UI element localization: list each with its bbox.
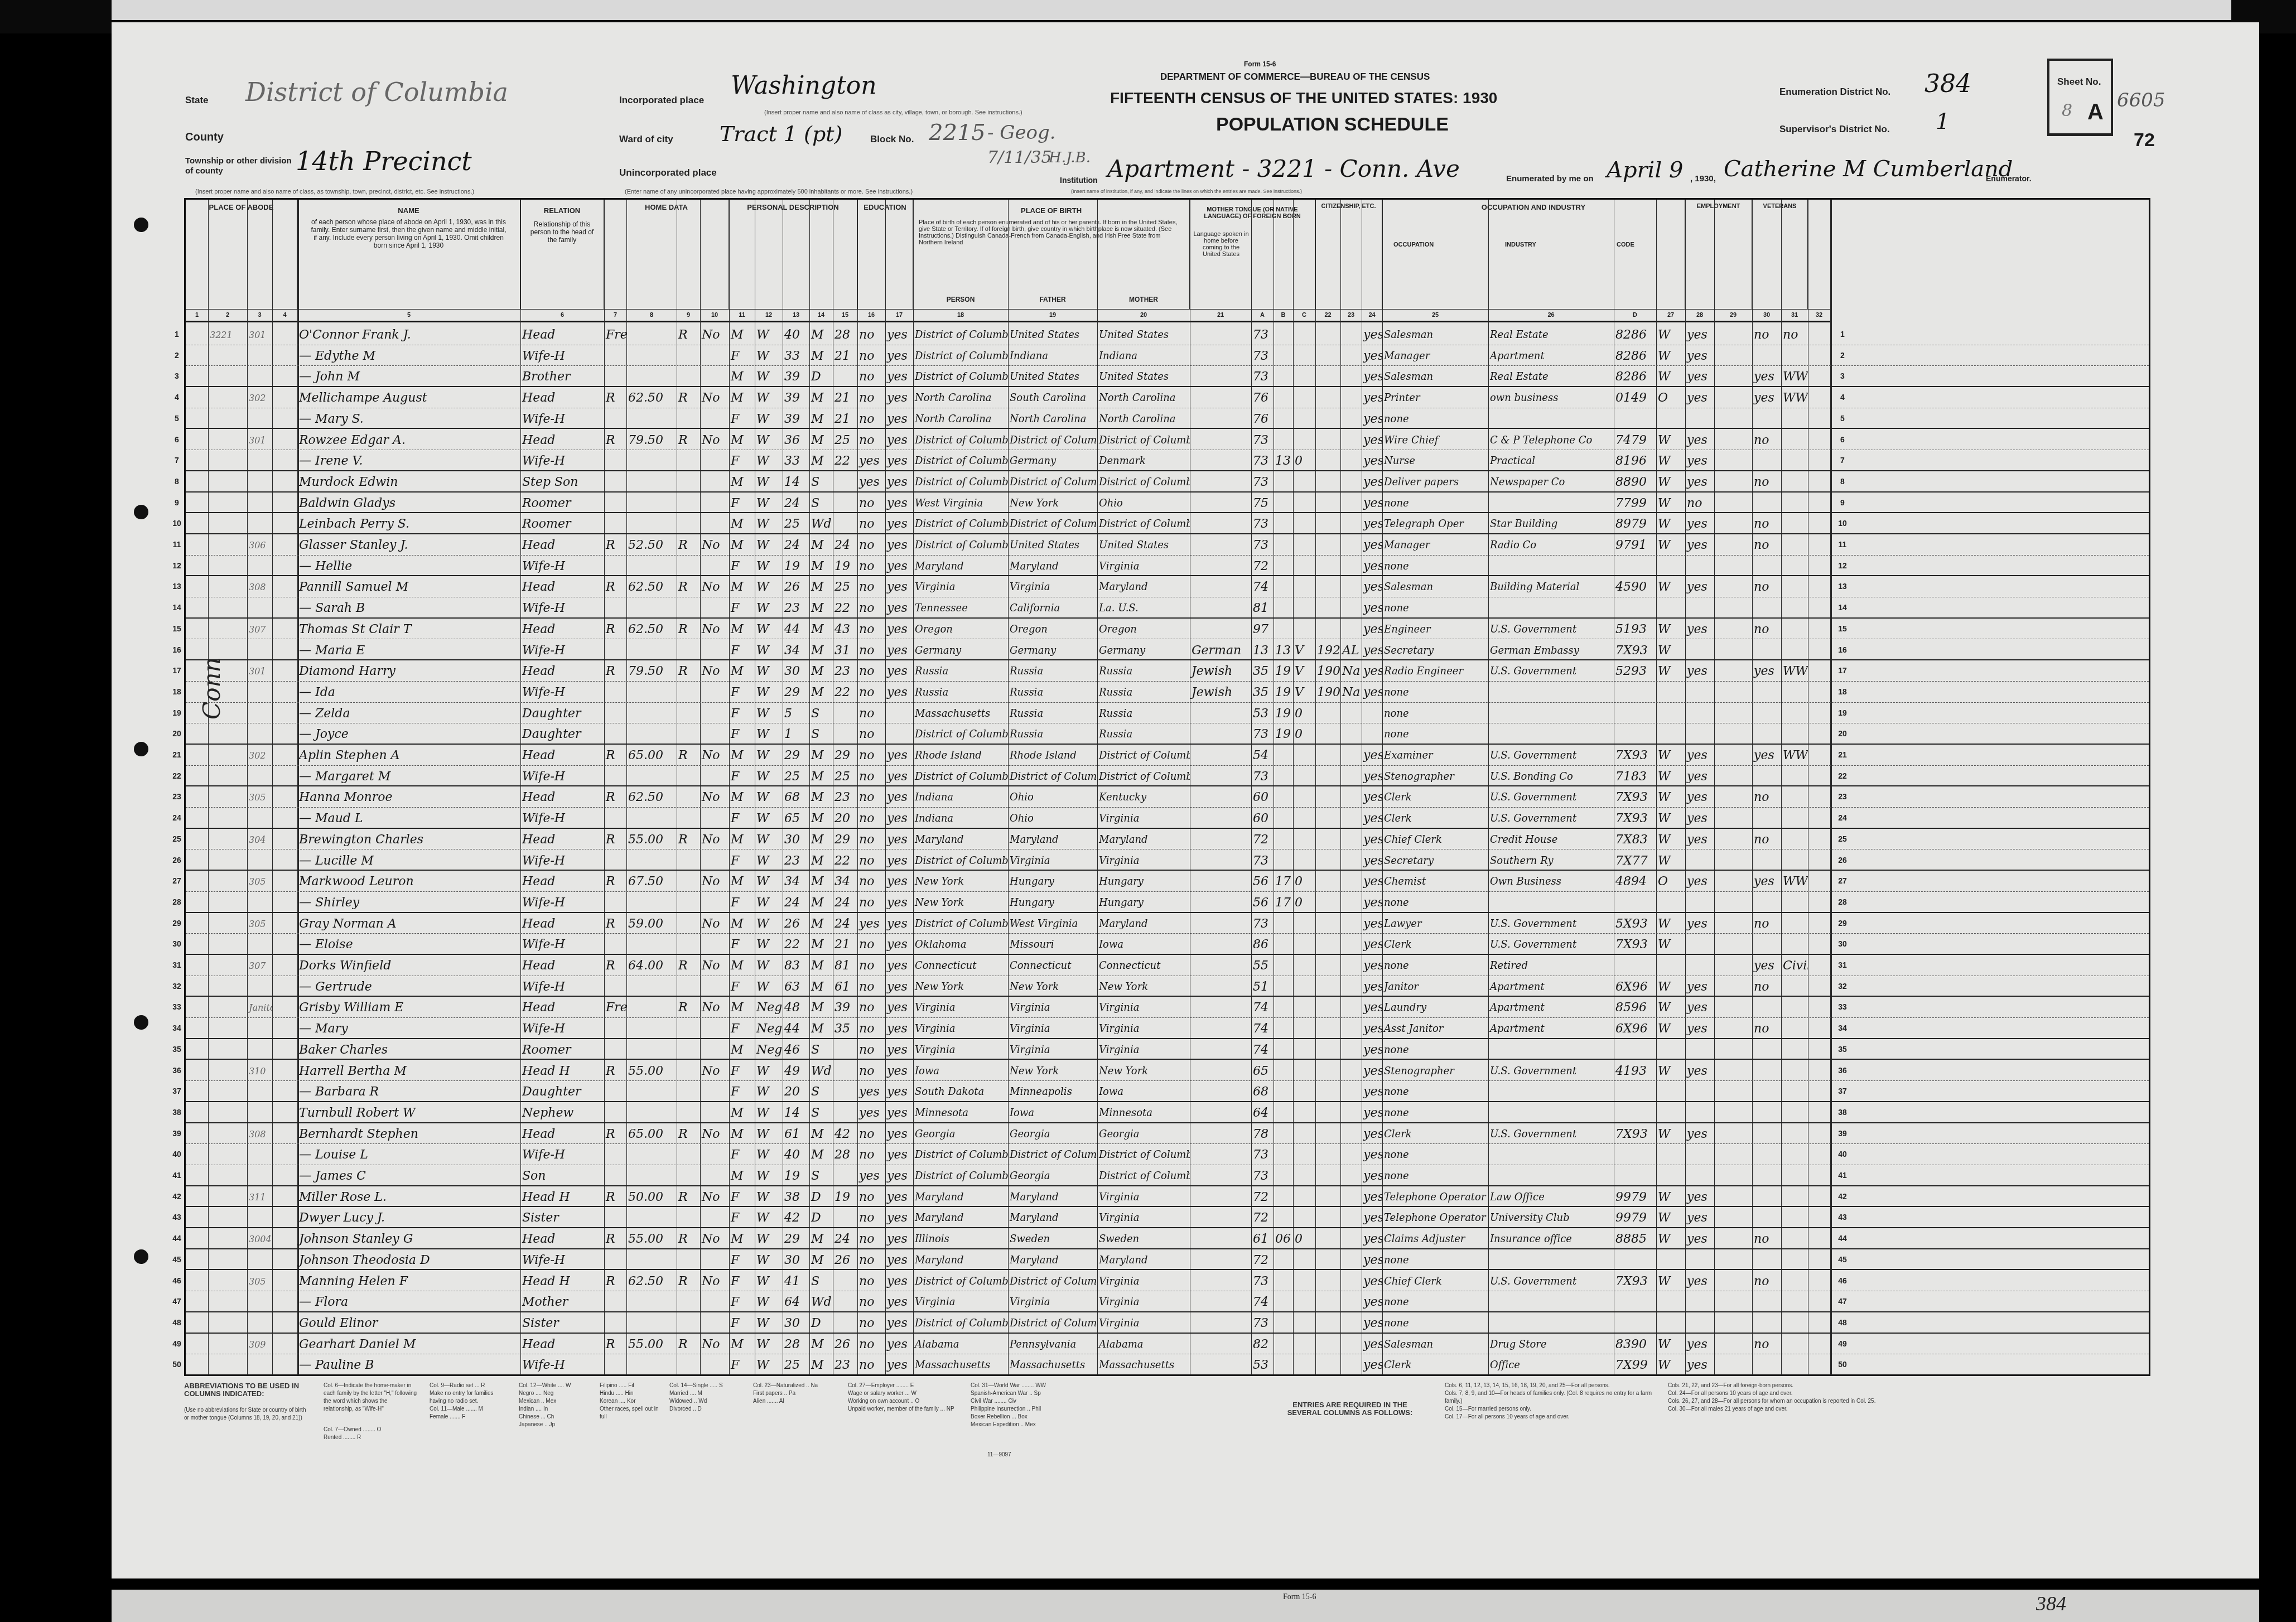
cell-occupation: none <box>1382 892 1488 912</box>
cell-race: W <box>755 597 783 617</box>
cell-family <box>272 597 297 617</box>
cell-family <box>272 366 297 386</box>
cell-school: no <box>857 786 885 807</box>
cell-family <box>272 408 297 428</box>
cell-dwelling <box>247 766 272 786</box>
cell-code-b <box>1274 1165 1293 1185</box>
cell-value <box>626 1249 677 1269</box>
cell-occ-code: 8196 <box>1614 450 1656 470</box>
cell-farm: No <box>700 429 729 450</box>
line-number: 44 <box>169 1228 185 1248</box>
cell-code-b <box>1274 1249 1293 1269</box>
cell-english: yes <box>1362 829 1382 849</box>
cell-bp-mother: Massachusetts <box>1097 1354 1190 1374</box>
cell-industry: U.S. Bonding Co <box>1488 766 1614 786</box>
cell-code-c <box>1293 1081 1315 1101</box>
cell-farm-sched <box>1808 1018 1830 1038</box>
cell-tenure: R <box>604 1271 626 1291</box>
cell-bp-mother: Maryland <box>1097 1249 1190 1269</box>
cell-marital: M <box>809 324 833 345</box>
cell-industry: Apartment <box>1488 1018 1614 1038</box>
cell-occ-code: 9979 <box>1614 1207 1656 1227</box>
cell-english: yes <box>1362 450 1382 470</box>
cell-occ-code <box>1614 682 1656 702</box>
table-row: 307Thomas St Clair THeadR62.50RNoMW44M43… <box>186 619 2149 640</box>
cell-read: yes <box>885 640 913 660</box>
cell-lang <box>1190 619 1251 639</box>
cell-bp: Rhode Island <box>913 745 1008 765</box>
cell-lang <box>1190 450 1251 470</box>
cell-bp-father: Ohio <box>1008 786 1097 807</box>
cell-house <box>208 829 247 849</box>
cell-industry: own business <box>1488 387 1614 408</box>
cell-code-b <box>1274 1354 1293 1374</box>
cell-english: yes <box>1362 345 1382 366</box>
cell-industry: U.S. Government <box>1488 619 1614 639</box>
line-number-right: 14 <box>1831 597 1854 617</box>
cell-industry: Real Estate <box>1488 366 1614 386</box>
cell-code-a: 74 <box>1251 1291 1274 1311</box>
cell-race: W <box>755 1081 783 1101</box>
cell-bp-father: District of Columbia <box>1008 1271 1097 1291</box>
cell-age: 65 <box>783 808 809 828</box>
cell-farm-sched <box>1808 1271 1830 1291</box>
cell-house <box>208 766 247 786</box>
cell-nat <box>1340 871 1362 891</box>
cell-marital: M <box>809 934 833 954</box>
line-number-right: 27 <box>1831 871 1854 891</box>
cell-work: yes <box>1685 471 1714 491</box>
table-row: Baker CharlesRoomerMNeg46SnoyesVirginiaV… <box>186 1039 2149 1060</box>
cell-industry: Retired <box>1488 955 1614 976</box>
cell-code-b <box>1274 934 1293 954</box>
state-label: State <box>185 95 209 106</box>
cell-radio <box>677 1144 700 1165</box>
cell-code-c <box>1293 913 1315 934</box>
cell-vet: no <box>1752 913 1781 934</box>
cell-relation: Head H <box>520 1060 604 1081</box>
cell-industry <box>1488 1312 1614 1333</box>
line-number: 13 <box>169 576 185 597</box>
code-subheading: CODE <box>1617 242 1634 248</box>
cell-tenure: R <box>604 955 626 976</box>
table-row: — Edythe MWife-HFW33M21noyesDistrict of … <box>186 345 2149 366</box>
cell-code-a: 76 <box>1251 387 1274 408</box>
cell-sex: F <box>729 1271 755 1291</box>
cell-bp: Iowa <box>913 1060 1008 1081</box>
cell-lang <box>1190 387 1251 408</box>
cell-farm <box>700 1354 729 1374</box>
cell-house <box>208 493 247 513</box>
cell-relation: Daughter <box>520 1081 604 1101</box>
cell-marital: M <box>809 913 833 934</box>
cell-street <box>186 1291 208 1311</box>
cell-immig <box>1315 1354 1340 1374</box>
cell-value <box>626 1312 677 1333</box>
cell-relation: Daughter <box>520 703 604 723</box>
cell-work <box>1685 1165 1714 1185</box>
cell-nat <box>1340 345 1362 366</box>
cell-house <box>208 745 247 765</box>
cell-work <box>1685 1312 1714 1333</box>
cell-race: W <box>755 1354 783 1374</box>
cell-tenure <box>604 808 626 828</box>
cell-nat <box>1340 1354 1362 1374</box>
cell-value <box>626 513 677 533</box>
cell-street <box>186 871 208 891</box>
cell-war <box>1781 640 1808 660</box>
cell-read: yes <box>885 1102 913 1122</box>
cell-read: yes <box>885 766 913 786</box>
col-group-occupation: OCCUPATION AND INDUSTRY OCCUPATION INDUS… <box>1382 200 1685 309</box>
cell-dwelling <box>247 934 272 954</box>
township-note: (Insert proper name and also name of cla… <box>195 189 474 195</box>
cell-occupation: none <box>1382 1081 1488 1101</box>
cell-bp-father: Connecticut <box>1008 955 1097 976</box>
cell-relation: Head <box>520 871 604 891</box>
cell-code-c: 0 <box>1293 723 1315 744</box>
cell-farm <box>700 976 729 996</box>
cell-occ-code: 8390 <box>1614 1334 1656 1354</box>
cell-bp: Georgia <box>913 1123 1008 1144</box>
line-number-right: 34 <box>1831 1018 1854 1038</box>
cell-value <box>626 1039 677 1059</box>
cell-vet: no <box>1752 1271 1781 1291</box>
cell-sex: M <box>729 1334 755 1354</box>
cell-lang <box>1190 955 1251 976</box>
cell-class: W <box>1656 808 1685 828</box>
cell-value: 65.00 <box>626 745 677 765</box>
cell-age-marr: 26 <box>833 1249 857 1269</box>
line-number: 25 <box>169 829 185 849</box>
cell-code-a: 78 <box>1251 1123 1274 1144</box>
cell-read <box>885 703 913 723</box>
cell-school: no <box>857 1271 885 1291</box>
cell-work: yes <box>1685 1018 1714 1038</box>
cell-code-c <box>1293 1018 1315 1038</box>
cell-relation: Head <box>520 660 604 681</box>
line-number-right: 23 <box>1831 786 1854 807</box>
cell-school: no <box>857 493 885 513</box>
cell-house <box>208 1018 247 1038</box>
cell-farm-sched <box>1808 976 1830 996</box>
cell-age-marr: 29 <box>833 829 857 849</box>
cell-nat <box>1340 1207 1362 1227</box>
cell-tenure <box>604 1102 626 1122</box>
cell-occupation: Printer <box>1382 387 1488 408</box>
cell-farm-sched <box>1808 345 1830 366</box>
cell-lang <box>1190 1018 1251 1038</box>
entries-a: Cols. 6, 11, 12, 13, 14, 15, 16, 18, 19,… <box>1445 1382 1657 1421</box>
cell-lang <box>1190 493 1251 513</box>
cell-code-b <box>1274 766 1293 786</box>
table-row: — MaryWife-HFNeg44M35noyesVirginiaVirgin… <box>186 1018 2149 1039</box>
cell-lang <box>1190 1249 1251 1269</box>
cell-unemp <box>1714 1060 1752 1081</box>
line-number: 39 <box>169 1123 185 1144</box>
line-number-right: 47 <box>1831 1291 1854 1311</box>
cell-family <box>272 556 297 576</box>
cell-marital: M <box>809 408 833 428</box>
sheet-number-box: Sheet No. 8 A <box>2047 59 2113 136</box>
cell-occupation: Telephone Operator <box>1382 1207 1488 1227</box>
cell-code-b: 17 <box>1274 892 1293 912</box>
cell-code-a: 35 <box>1251 660 1274 681</box>
cell-occupation: none <box>1382 1039 1488 1059</box>
column-number: 27 <box>1656 312 1685 318</box>
block-value: 2215 <box>929 120 986 146</box>
column-number: 7 <box>604 312 626 318</box>
line-number-right: 13 <box>1831 576 1854 597</box>
cell-value <box>626 1207 677 1227</box>
cell-unemp <box>1714 1018 1752 1038</box>
cell-value: 62.50 <box>626 1271 677 1291</box>
cell-name: Gearhart Daniel M <box>297 1334 520 1354</box>
cell-occupation: Stenographer <box>1382 766 1488 786</box>
cell-street <box>186 513 208 533</box>
cell-lang <box>1190 324 1251 345</box>
cell-bp: District of Columbia <box>913 429 1008 450</box>
cell-nat <box>1340 703 1362 723</box>
cell-code-a: 86 <box>1251 934 1274 954</box>
cell-street <box>186 1186 208 1206</box>
cell-code-a: 73 <box>1251 1144 1274 1165</box>
county-label: County <box>185 131 224 144</box>
cell-age-marr: 24 <box>833 892 857 912</box>
cell-farm-sched <box>1808 1144 1830 1165</box>
cell-code-a: 74 <box>1251 1018 1274 1038</box>
cell-code-b <box>1274 1207 1293 1227</box>
cell-code-c <box>1293 1144 1315 1165</box>
cell-occupation: Wire Chief <box>1382 429 1488 450</box>
col12-note: Col. 12—White .... W Negro .... Neg Mexi… <box>519 1382 591 1429</box>
cell-immig <box>1315 534 1340 555</box>
cell-relation: Head H <box>520 1186 604 1206</box>
township-label: Township or other division of county <box>185 156 297 176</box>
cell-school: no <box>857 1249 885 1269</box>
cell-code-a: 72 <box>1251 556 1274 576</box>
cell-english: yes <box>1362 556 1382 576</box>
cell-relation: Roomer <box>520 493 604 513</box>
cell-name: Dorks Winfield <box>297 955 520 976</box>
cell-bp-father: Pennsylvania <box>1008 1334 1097 1354</box>
cell-marital: M <box>809 808 833 828</box>
cell-unemp <box>1714 597 1752 617</box>
cell-tenure: R <box>604 534 626 555</box>
cell-value <box>626 493 677 513</box>
cell-occ-code <box>1614 1144 1656 1165</box>
line-number: 42 <box>169 1186 185 1206</box>
relation-heading: RELATION <box>526 203 598 215</box>
cell-bp: Alabama <box>913 1334 1008 1354</box>
cell-dwelling: 305 <box>247 786 272 807</box>
cell-age: 28 <box>783 1334 809 1354</box>
cell-nat <box>1340 723 1362 744</box>
cell-radio <box>677 1018 700 1038</box>
cell-age: 19 <box>783 556 809 576</box>
township-value: 14th Precinct <box>296 146 472 176</box>
line-number-right: 31 <box>1831 955 1854 976</box>
cell-work: yes <box>1685 660 1714 681</box>
line-number: 26 <box>169 850 185 870</box>
ward-value: Tract 1 (pt) <box>720 122 842 146</box>
cell-relation: Head <box>520 576 604 597</box>
cell-code-c <box>1293 471 1315 491</box>
cell-nat <box>1340 1165 1362 1185</box>
cell-age: 23 <box>783 850 809 870</box>
cell-bp-father: Virginia <box>1008 1018 1097 1038</box>
cell-english <box>1362 703 1382 723</box>
margin-number: 6605 <box>2117 89 2165 112</box>
cell-relation: Wife-H <box>520 1144 604 1165</box>
cell-unemp <box>1714 1102 1752 1122</box>
cell-occupation: none <box>1382 1249 1488 1269</box>
cell-english: yes <box>1362 1354 1382 1374</box>
cell-farm-sched <box>1808 1060 1830 1081</box>
col-farm-schedule <box>1808 200 1830 309</box>
cell-work: yes <box>1685 1354 1714 1374</box>
table-row: 305Hanna MonroeHeadR62.50NoMW68M23noyesI… <box>186 786 2149 808</box>
cell-street <box>186 450 208 470</box>
line-number-right: 15 <box>1831 619 1854 639</box>
cell-age: 20 <box>783 1081 809 1101</box>
cell-war: WW <box>1781 660 1808 681</box>
cell-nat <box>1340 556 1362 576</box>
cell-value: 62.50 <box>626 786 677 807</box>
cell-name: Johnson Theodosia D <box>297 1249 520 1269</box>
cell-school: no <box>857 640 885 660</box>
cell-immig <box>1315 703 1340 723</box>
cell-house <box>208 1165 247 1185</box>
cell-english: yes <box>1362 1207 1382 1227</box>
abode-heading: PLACE OF ABODE <box>186 200 297 211</box>
cell-farm-sched <box>1808 556 1830 576</box>
cell-age: 48 <box>783 997 809 1017</box>
cell-radio <box>677 450 700 470</box>
cell-vet: no <box>1752 429 1781 450</box>
cell-english: yes <box>1362 1228 1382 1248</box>
line-number-right: 2 <box>1831 345 1854 366</box>
cell-read: yes <box>885 682 913 702</box>
cell-farm <box>700 682 729 702</box>
cell-radio <box>677 723 700 744</box>
cell-name: — Sarah B <box>297 597 520 617</box>
col31-note: Col. 31—World War ........ WW Spanish-Am… <box>971 1382 1082 1429</box>
cell-code-c <box>1293 1312 1315 1333</box>
cell-farm-sched <box>1808 450 1830 470</box>
column-number: 21 <box>1190 312 1251 318</box>
cell-occupation: none <box>1382 408 1488 428</box>
cell-work <box>1685 850 1714 870</box>
line-number: 21 <box>169 745 185 765</box>
cell-family <box>272 1102 297 1122</box>
cell-radio <box>677 597 700 617</box>
cell-dwelling: 308 <box>247 576 272 597</box>
cell-bp-mother: North Carolina <box>1097 387 1190 408</box>
column-number: 22 <box>1315 312 1340 318</box>
cell-read: yes <box>885 913 913 934</box>
line-number-right: 33 <box>1831 997 1854 1017</box>
cell-vet <box>1752 1291 1781 1311</box>
cell-class: W <box>1656 1186 1685 1206</box>
cell-code-a: 76 <box>1251 408 1274 428</box>
cell-tenure <box>604 976 626 996</box>
cell-code-b <box>1274 1271 1293 1291</box>
cell-nat <box>1340 450 1362 470</box>
cell-bp-mother: Ohio <box>1097 493 1190 513</box>
cell-code-c <box>1293 1354 1315 1374</box>
cell-bp-father: United States <box>1008 324 1097 345</box>
cell-class <box>1656 1039 1685 1059</box>
cell-industry <box>1488 1144 1614 1165</box>
cell-industry <box>1488 1081 1614 1101</box>
cell-name: Baker Charles <box>297 1039 520 1059</box>
cell-race: W <box>755 1334 783 1354</box>
cell-dwelling: 307 <box>247 955 272 976</box>
cell-industry <box>1488 1102 1614 1122</box>
institution-value: Apartment - 3221 - Conn. Ave <box>1107 155 1460 182</box>
cell-race: W <box>755 513 783 533</box>
cell-name: — Shirley <box>297 892 520 912</box>
table-row: Johnson Theodosia DWife-HFW30M26noyesMar… <box>186 1249 2149 1271</box>
cell-value: 79.50 <box>626 660 677 681</box>
cell-dwelling <box>247 892 272 912</box>
line-number: 6 <box>169 429 185 450</box>
cell-value <box>626 1144 677 1165</box>
cell-industry <box>1488 682 1614 702</box>
cell-race: W <box>755 1102 783 1122</box>
line-number-right: 19 <box>1831 703 1854 723</box>
cell-occ-code: 5193 <box>1614 619 1656 639</box>
cell-tenure: R <box>604 1334 626 1354</box>
cell-sex: M <box>729 745 755 765</box>
cell-age: 25 <box>783 766 809 786</box>
cell-code-a: 56 <box>1251 892 1274 912</box>
cell-tenure: R <box>604 660 626 681</box>
cell-unemp <box>1714 1271 1752 1291</box>
cell-occupation: Radio Engineer <box>1382 660 1488 681</box>
cell-name: Gould Elinor <box>297 1312 520 1333</box>
cell-marital: D <box>809 1207 833 1227</box>
cell-war <box>1781 429 1808 450</box>
cell-code-a: 60 <box>1251 786 1274 807</box>
cell-race: Neg <box>755 997 783 1017</box>
line-number-right: 8 <box>1831 471 1854 491</box>
cell-vet <box>1752 450 1781 470</box>
cell-code-a: 72 <box>1251 1186 1274 1206</box>
cell-race: W <box>755 1165 783 1185</box>
cell-value <box>626 1081 677 1101</box>
cell-marital: M <box>809 892 833 912</box>
cell-marital: M <box>809 766 833 786</box>
cell-age-marr: 23 <box>833 1354 857 1374</box>
cell-bp: South Dakota <box>913 1081 1008 1101</box>
cell-industry: C & P Telephone Co <box>1488 429 1614 450</box>
cell-age: 26 <box>783 913 809 934</box>
cell-radio: R <box>677 429 700 450</box>
cell-radio: R <box>677 1334 700 1354</box>
cell-english: yes <box>1362 745 1382 765</box>
cell-street <box>186 1334 208 1354</box>
cell-relation: Roomer <box>520 513 604 533</box>
cell-relation: Wife-H <box>520 345 604 366</box>
cell-street <box>186 1165 208 1185</box>
column-number: 15 <box>833 312 857 318</box>
cell-immig: 1901 <box>1315 682 1340 702</box>
cell-marital: Wd <box>809 1060 833 1081</box>
cell-vet: no <box>1752 471 1781 491</box>
cell-street <box>186 640 208 660</box>
